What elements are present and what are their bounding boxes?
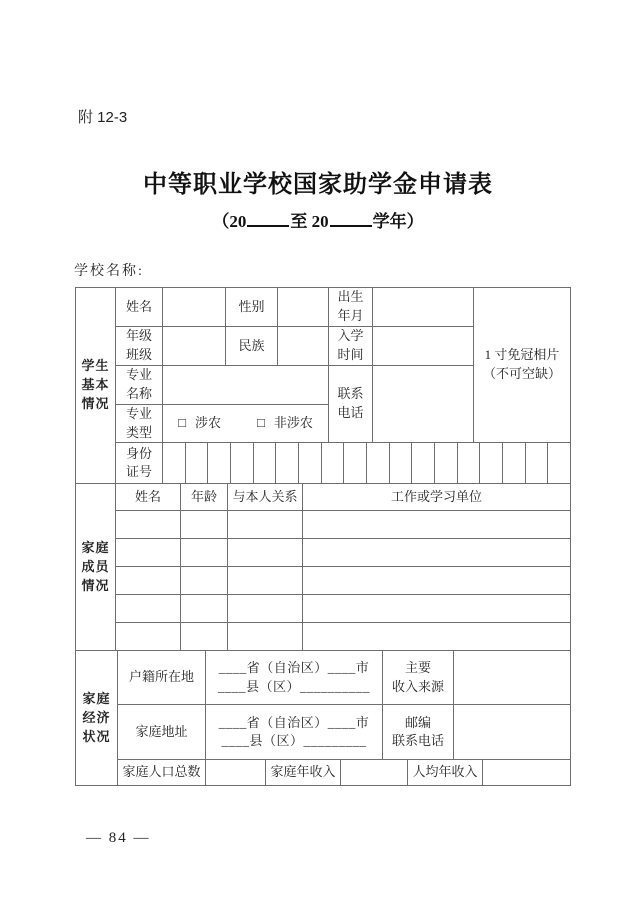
id-number-cells — [163, 443, 571, 484]
income-source-value-cell — [454, 651, 571, 705]
family-member-cell — [228, 623, 303, 651]
id-digit-grid — [163, 443, 570, 483]
family-member-cell — [303, 623, 571, 651]
grade-class-value-cell — [163, 327, 226, 366]
id-digit-cell — [163, 443, 185, 483]
family-member-cell — [303, 539, 571, 567]
family-member-row — [76, 539, 571, 567]
student-info-table: 学生 基本 情况 姓名 性别 出生 年月 1 寸免冠相片 （不可空缺） 年级 班… — [75, 287, 571, 484]
checkbox-icon: □ — [257, 414, 265, 433]
family-member-cell — [228, 539, 303, 567]
family-member-row — [76, 595, 571, 623]
family-member-cell — [181, 595, 228, 623]
residence-value-cell: ____省（自治区）____市 ____县（区）__________ — [206, 651, 383, 705]
family-member-row — [76, 511, 571, 539]
residence-label: 户籍所在地 — [118, 651, 206, 705]
major-type-label: 专业 类型 — [116, 404, 163, 443]
contact-phone-label: 联系 电话 — [329, 366, 373, 443]
family-col-workplace: 工作或学习单位 — [303, 484, 571, 511]
family-member-row — [76, 623, 571, 651]
school-name-label: 学校名称: — [74, 260, 144, 280]
family-member-cell — [116, 623, 181, 651]
section-header-student: 学生 基本 情况 — [76, 288, 116, 484]
family-col-age: 年龄 — [181, 484, 228, 511]
section-header-economic: 家庭 经济 状况 — [76, 651, 118, 786]
ethnicity-label: 民族 — [226, 327, 278, 366]
family-member-cell — [303, 511, 571, 539]
home-address-label: 家庭地址 — [118, 705, 206, 760]
annual-income-value-cell — [341, 760, 408, 786]
population-label: 家庭人口总数 — [118, 760, 206, 786]
subtitle-mid: 至 20 — [290, 212, 328, 231]
family-member-cell — [116, 511, 181, 539]
family-member-cell — [116, 539, 181, 567]
subtitle-prefix: （20 — [212, 212, 246, 231]
id-digit-cell — [298, 443, 321, 483]
form-subtitle: （20至 20学年） — [0, 207, 636, 232]
year-blank-start — [247, 213, 289, 227]
family-member-cell — [303, 595, 571, 623]
section-header-family: 家庭 成员 情况 — [76, 484, 116, 651]
id-digit-cell — [275, 443, 298, 483]
family-col-relationship: 与本人关系 — [228, 484, 303, 511]
birth-date-value-cell — [373, 288, 474, 327]
name-value-cell — [163, 288, 226, 327]
subtitle-suffix: 学年） — [373, 212, 424, 231]
id-digit-cell — [547, 443, 570, 483]
option-non-agriculture: □非涉农 — [257, 414, 313, 433]
id-digit-cell — [525, 443, 548, 483]
id-digit-cell — [230, 443, 253, 483]
enroll-time-value-cell — [373, 327, 474, 366]
family-members-table: 家庭 成员 情况 姓名 年龄 与本人关系 工作或学习单位 — [75, 483, 571, 651]
family-member-cell — [303, 567, 571, 595]
per-capita-income-label: 人均年收入 — [408, 760, 483, 786]
checkbox-icon: □ — [178, 414, 186, 433]
year-blank-end — [330, 213, 372, 227]
form-title: 中等职业学校国家助学金申请表 — [0, 164, 636, 199]
id-digit-cell — [253, 443, 276, 483]
family-member-cell — [228, 567, 303, 595]
family-member-cell — [181, 567, 228, 595]
id-number-label: 身份 证号 — [116, 443, 163, 484]
grade-class-label: 年级 班级 — [116, 327, 163, 366]
population-value-cell — [206, 760, 266, 786]
option-agriculture-label: 涉农 — [195, 414, 221, 433]
income-source-label: 主要 收入来源 — [383, 651, 454, 705]
family-member-cell — [116, 567, 181, 595]
option-agriculture: □涉农 — [178, 414, 221, 433]
postal-phone-label: 邮编 联系电话 — [383, 705, 454, 760]
contact-phone-value-cell — [373, 366, 474, 443]
per-capita-income-value-cell — [483, 760, 571, 786]
birth-date-label: 出生 年月 — [329, 288, 373, 327]
family-member-cell — [181, 539, 228, 567]
major-name-value-cell — [163, 366, 329, 405]
major-name-label: 专业 名称 — [116, 366, 163, 405]
id-digit-cell — [207, 443, 230, 483]
photo-box: 1 寸免冠相片 （不可空缺） — [474, 288, 571, 443]
id-digit-cell — [366, 443, 389, 483]
id-digit-cell — [411, 443, 434, 483]
gender-value-cell — [278, 288, 329, 327]
id-digit-cell — [321, 443, 344, 483]
id-digit-cell — [434, 443, 457, 483]
id-digit-cell — [502, 443, 525, 483]
enroll-time-label: 入学 时间 — [329, 327, 373, 366]
option-non-agriculture-label: 非涉农 — [274, 414, 313, 433]
family-member-cell — [181, 623, 228, 651]
family-economic-table: 家庭 经济 状况 户籍所在地 ____省（自治区）____市 ____县（区）_… — [75, 650, 571, 786]
postal-phone-value-cell — [454, 705, 571, 760]
family-member-cell — [228, 595, 303, 623]
id-digit-cell — [479, 443, 502, 483]
family-member-row — [76, 567, 571, 595]
major-type-options: □涉农 □非涉农 — [163, 414, 328, 433]
page-number: — 84 — — [86, 830, 151, 847]
major-type-options-cell: □涉农 □非涉农 — [163, 404, 329, 443]
id-digit-cell — [389, 443, 412, 483]
family-col-name: 姓名 — [116, 484, 181, 511]
family-member-cell — [181, 511, 228, 539]
id-digit-cell — [185, 443, 208, 483]
attachment-label: 附 12-3 — [78, 106, 127, 127]
id-digit-cell — [457, 443, 480, 483]
name-label: 姓名 — [116, 288, 163, 327]
home-address-value-cell: ____省（自治区）____市 ____县（区）_________ — [206, 705, 383, 760]
family-member-cell — [116, 595, 181, 623]
gender-label: 性别 — [226, 288, 278, 327]
application-form: 学生 基本 情况 姓名 性别 出生 年月 1 寸免冠相片 （不可空缺） 年级 班… — [75, 287, 572, 786]
document-page: 附 12-3 中等职业学校国家助学金申请表 （20至 20学年） 学校名称: 学… — [0, 0, 636, 900]
ethnicity-value-cell — [278, 327, 329, 366]
annual-income-label: 家庭年收入 — [266, 760, 341, 786]
family-member-cell — [228, 511, 303, 539]
id-digit-cell — [343, 443, 366, 483]
